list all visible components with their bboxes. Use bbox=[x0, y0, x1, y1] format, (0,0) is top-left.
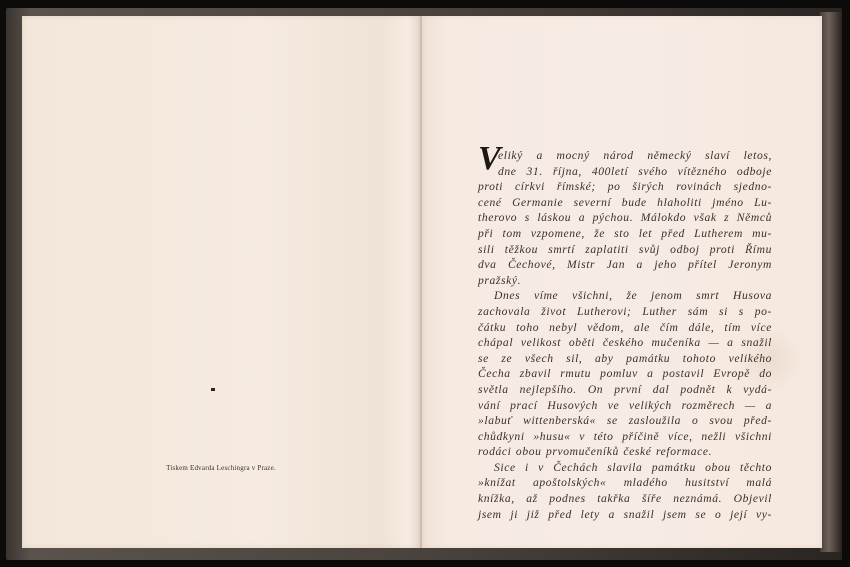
text-line: knížka, až podnes takřka šíře neznámá. O… bbox=[478, 491, 772, 507]
text-line: therovo s láskou a pýchou. Málokdo však … bbox=[478, 210, 772, 226]
text-line: se ze všech sil, aby památku tohoto veli… bbox=[478, 351, 772, 367]
text-line: pražský. bbox=[478, 273, 772, 289]
text-line: proti církvi římské; po širých rovinách … bbox=[478, 179, 772, 195]
text-line: »labuť wittenberská« se zasloužila o svo… bbox=[478, 413, 772, 429]
text-line: chůdkyni »husu« v této příčině více, než… bbox=[478, 429, 772, 445]
text-line: »knížat apoštolských« mladého husitství … bbox=[478, 475, 772, 491]
text-line: dne 31. října, 400letí svého vítězného o… bbox=[478, 164, 772, 180]
text-line: Dnes víme všichni, že jenom smrt Husova bbox=[478, 288, 772, 304]
text-line: sili těžkou smrtí zaplatiti svůj odboj p… bbox=[478, 242, 772, 258]
text-line: zachovala život Lutherovi; Luther sám si… bbox=[478, 304, 772, 320]
text-line: dva Čechové, Mistr Jan a jeho přítel Jer… bbox=[478, 257, 772, 273]
text-line: rodáci obou prvomučeníků české reformace… bbox=[478, 444, 772, 460]
body-text: eliký a mocný národ německý slaví letos,… bbox=[478, 148, 772, 522]
text-line: Čecha zbavil rmutu pomluv a postavil Evr… bbox=[478, 366, 772, 382]
book-cover-edge bbox=[820, 12, 842, 552]
text-line: světla nejlepšího. On první dal podnět k… bbox=[478, 382, 772, 398]
text-line: vání prací Husových ve velikých rozměrec… bbox=[478, 398, 772, 414]
text-line: při tom vzpomene, že sto let před Luther… bbox=[478, 226, 772, 242]
text-line: jsem ji již před lety a snažil jsem se o… bbox=[478, 507, 772, 523]
printer-imprint: Tiskem Edvarda Leschingra v Praze. bbox=[22, 464, 420, 472]
text-line: čátku toho nebyl vědom, ale čím dále, tí… bbox=[478, 320, 772, 336]
text-line: chápal velikost oběti českého mučeníka —… bbox=[478, 335, 772, 351]
text-line: eliký a mocný národ německý slaví letos, bbox=[478, 148, 772, 164]
text-line: cené Germanie severní bude hlaholiti jmé… bbox=[478, 195, 772, 211]
text-line: Sice i v Čechách slavila památku obou tě… bbox=[478, 460, 772, 476]
ink-speck bbox=[211, 388, 215, 391]
